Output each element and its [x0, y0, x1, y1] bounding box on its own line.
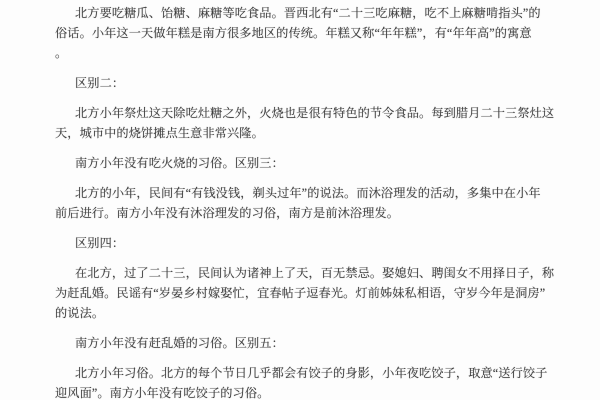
- text-line: 前后进行。南方小年没有沐浴理发的习俗，南方是前沐浴理发。: [55, 203, 545, 223]
- text-line: 北方小年习俗。北方的每个节日几乎都会有饺子的身影，小年夜吃饺子，取意“送行饺子: [55, 363, 545, 383]
- paragraph-4-heading-difference-3: 南方小年没有吃火烧的习俗。区别三：: [55, 153, 545, 173]
- paragraph-2-heading-difference-2: 区别二：: [55, 73, 545, 93]
- text-line: 天，城市中的烧饼摊点生意非常兴隆。: [55, 123, 545, 143]
- text-line: 南方小年没有赶乱婚的习俗。区别五：: [55, 333, 545, 353]
- paragraph-1: 北方要吃糖瓜、饴糖、麻糖等吃食品。晋西北有“二十三吃麻糖，吃不上麻糖啃指头”的 …: [55, 3, 545, 63]
- paragraph-7: 在北方，过了二十三，民间认为诸神上了天，百无禁忌。娶媳妇、聘闺女不用择日子，称 …: [55, 263, 545, 323]
- document-page: 北方要吃糖瓜、饴糖、麻糖等吃食品。晋西北有“二十三吃麻糖，吃不上麻糖啃指头”的 …: [0, 0, 600, 400]
- text-line: 区别四：: [55, 233, 545, 253]
- paragraph-8-heading-difference-5: 南方小年没有赶乱婚的习俗。区别五：: [55, 333, 545, 353]
- text-line: 在北方，过了二十三，民间认为诸神上了天，百无禁忌。娶媳妇、聘闺女不用择日子，称: [55, 263, 545, 283]
- text-line: 南方小年没有吃火烧的习俗。区别三：: [55, 153, 545, 173]
- text-line: 。: [55, 43, 545, 63]
- text-line: 迎风面”。南方小年没有吃饺子的习俗。: [55, 383, 545, 400]
- text-line: 区别二：: [55, 73, 545, 93]
- document-body: 北方要吃糖瓜、饴糖、麻糖等吃食品。晋西北有“二十三吃麻糖，吃不上麻糖啃指头”的 …: [0, 0, 600, 400]
- text-line: 俗话。小年这一天做年糕是南方很多地区的传统。年糕又称“年年糕”，有“年年高”的寓…: [55, 23, 545, 43]
- text-line: 北方小年祭灶这天除吃灶糖之外，火烧也是很有特色的节令食品。每到腊月二十三祭灶这: [55, 103, 545, 123]
- text-line: 的说法。: [55, 303, 545, 323]
- text-line: 北方的小年，民间有“有钱没钱，剃头过年”的说法。而沐浴理发的活动，多集中在小年: [55, 183, 545, 203]
- paragraph-9: 北方小年习俗。北方的每个节日几乎都会有饺子的身影，小年夜吃饺子，取意“送行饺子 …: [55, 363, 545, 400]
- paragraph-6-heading-difference-4: 区别四：: [55, 233, 545, 253]
- text-line: 北方要吃糖瓜、饴糖、麻糖等吃食品。晋西北有“二十三吃麻糖，吃不上麻糖啃指头”的: [55, 3, 545, 23]
- text-line: 为赶乱婚。民谣有“岁晏乡村嫁娶忙，宜春帖子逗春光。灯前姊妹私相语，守岁今年是洞房…: [55, 283, 545, 303]
- paragraph-3: 北方小年祭灶这天除吃灶糖之外，火烧也是很有特色的节令食品。每到腊月二十三祭灶这 …: [55, 103, 545, 143]
- paragraph-5: 北方的小年，民间有“有钱没钱，剃头过年”的说法。而沐浴理发的活动，多集中在小年 …: [55, 183, 545, 223]
